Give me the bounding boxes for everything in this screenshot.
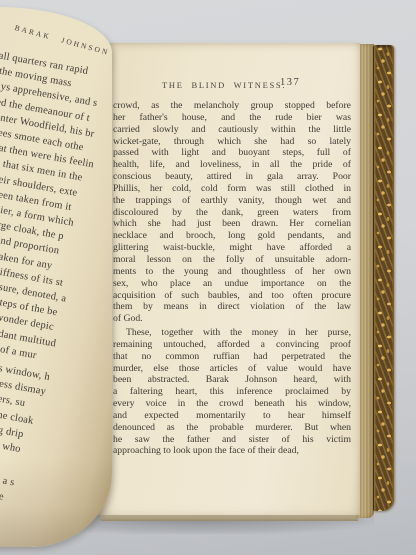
text-line: carried slowly and cautiously within the… xyxy=(113,124,351,136)
text-line: her father's house, and the rude bier wa… xyxy=(113,112,351,124)
text-line: health, life, and loveliness, in all the… xyxy=(113,159,351,171)
text-line: them by means in direct violation of the… xyxy=(113,301,351,313)
text-line: which she had just been drawn. Her corne… xyxy=(113,218,351,230)
running-header: THE BLIND WITNESS. xyxy=(162,80,286,90)
text-line: ments to the young and thoughtless of he… xyxy=(113,266,351,278)
left-page-body-text: n all quarters ran rapidto the moving ma… xyxy=(0,47,112,522)
left-page-curled: BARAK JOHNSON AND n all quarters ran rap… xyxy=(0,7,112,547)
text-line: denounced as the probable murderer. But … xyxy=(113,422,351,434)
text-line: sex, who place an undue importance on th… xyxy=(113,278,351,290)
text-line: Phillis, her cold, cold form was still c… xyxy=(113,183,351,195)
text-line: passed with light and buoyant steps, ful… xyxy=(113,147,351,159)
text-line: acquisition of such baubles, and too oft… xyxy=(113,290,351,302)
text-line: every voice in the crowd beneath his win… xyxy=(113,398,351,410)
gilt-cover-edge-ornament xyxy=(373,45,394,511)
text-line: wicket-gate, through which she had so la… xyxy=(113,136,351,148)
text-line: crowd, as the melancholy group stopped b… xyxy=(113,100,351,112)
paragraph-1: crowd, as the melancholy group stopped b… xyxy=(113,100,351,325)
paragraph-2: These, together with the money in her pu… xyxy=(113,327,351,457)
text-line: murder, else those articles of value wou… xyxy=(113,363,351,375)
text-line: moral lesson on the folly of unsuitable … xyxy=(113,254,351,266)
open-book-photo: THE BLIND WITNESS. 137 crowd, as the mel… xyxy=(0,0,416,555)
text-line: discoloured by the dank, green waters fr… xyxy=(113,207,351,219)
page-body-text: crowd, as the melancholy group stopped b… xyxy=(113,100,351,457)
text-line: that no common ruffian had perpetrated t… xyxy=(113,351,351,363)
text-line: and expected momentarily to hear himself xyxy=(113,410,351,422)
page-number: 137 xyxy=(280,77,300,88)
text-line: he saw the father and sister of his vict… xyxy=(113,434,351,446)
text-line: remaining untouched, afforded a convinci… xyxy=(113,339,351,351)
right-page: THE BLIND WITNESS. 137 crowd, as the mel… xyxy=(96,43,360,515)
text-line: necklace and brooch, long gold pendants,… xyxy=(113,230,351,242)
text-line: approaching to look upon the face of the… xyxy=(113,445,351,457)
text-line: a faltering heart, this inference procla… xyxy=(113,386,351,398)
text-line: been abstracted. Barak Johnson heard, wi… xyxy=(113,374,351,386)
text-line: conscious beauty, attired in gala array.… xyxy=(113,171,351,183)
text-line: the trappings of earthly vanity, though … xyxy=(113,195,351,207)
text-line: of God. xyxy=(113,313,351,325)
text-line: These, together with the money in her pu… xyxy=(113,327,351,339)
text-line: glittering waist-buckle, might have affo… xyxy=(113,242,351,254)
